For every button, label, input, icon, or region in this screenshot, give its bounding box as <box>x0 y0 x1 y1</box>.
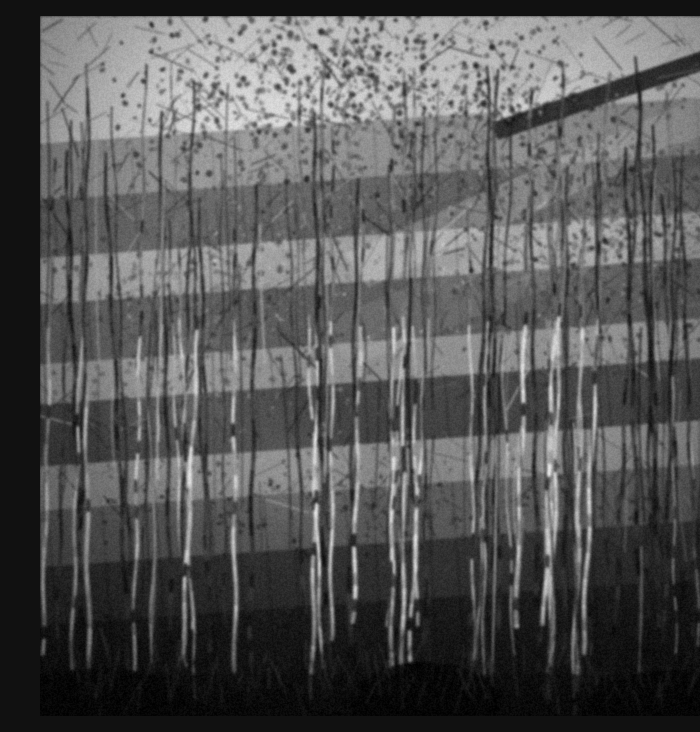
photo-canvas <box>40 16 700 716</box>
photograph <box>40 16 700 716</box>
